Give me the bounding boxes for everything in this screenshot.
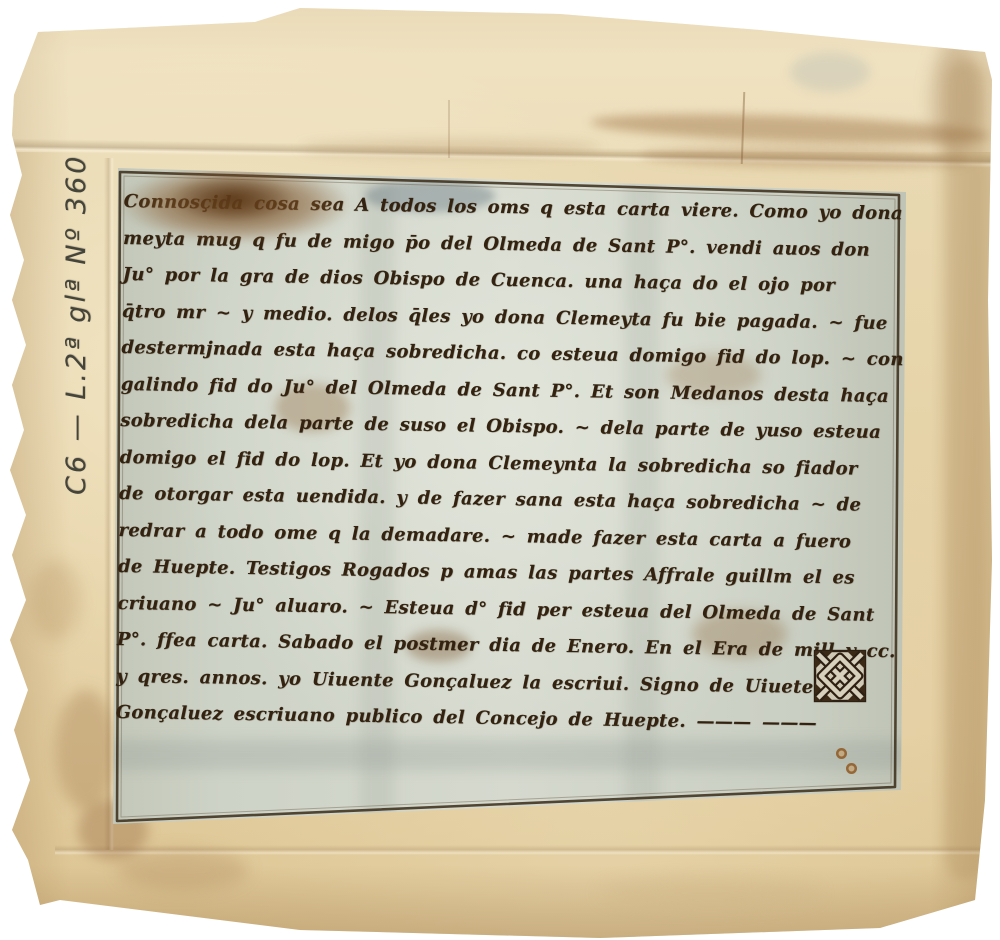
archival-inscription: C6 — L.2ª glª Nº 360 [61, 65, 97, 495]
charter-page: Connosçida cosa sea A todos los oms q es… [110, 162, 910, 830]
small-stain-dot [836, 748, 847, 759]
stain [30, 560, 80, 640]
stain [600, 878, 820, 908]
crack-line [448, 100, 450, 158]
stain [945, 60, 985, 880]
stain [118, 850, 248, 890]
notarial-knot-icon [812, 648, 868, 704]
manuscript-text: Connosçida cosa sea A todos los oms q es… [115, 184, 902, 744]
parchment: Connosçida cosa sea A todos los oms q es… [0, 0, 1000, 940]
small-stain-dot [846, 763, 857, 774]
ghost-ink-mark [790, 52, 870, 92]
lower-fold-crease [55, 845, 985, 855]
vertical-fold-crease [104, 158, 114, 850]
manuscript-scan: Connosçida cosa sea A todos los oms q es… [0, 0, 1000, 940]
